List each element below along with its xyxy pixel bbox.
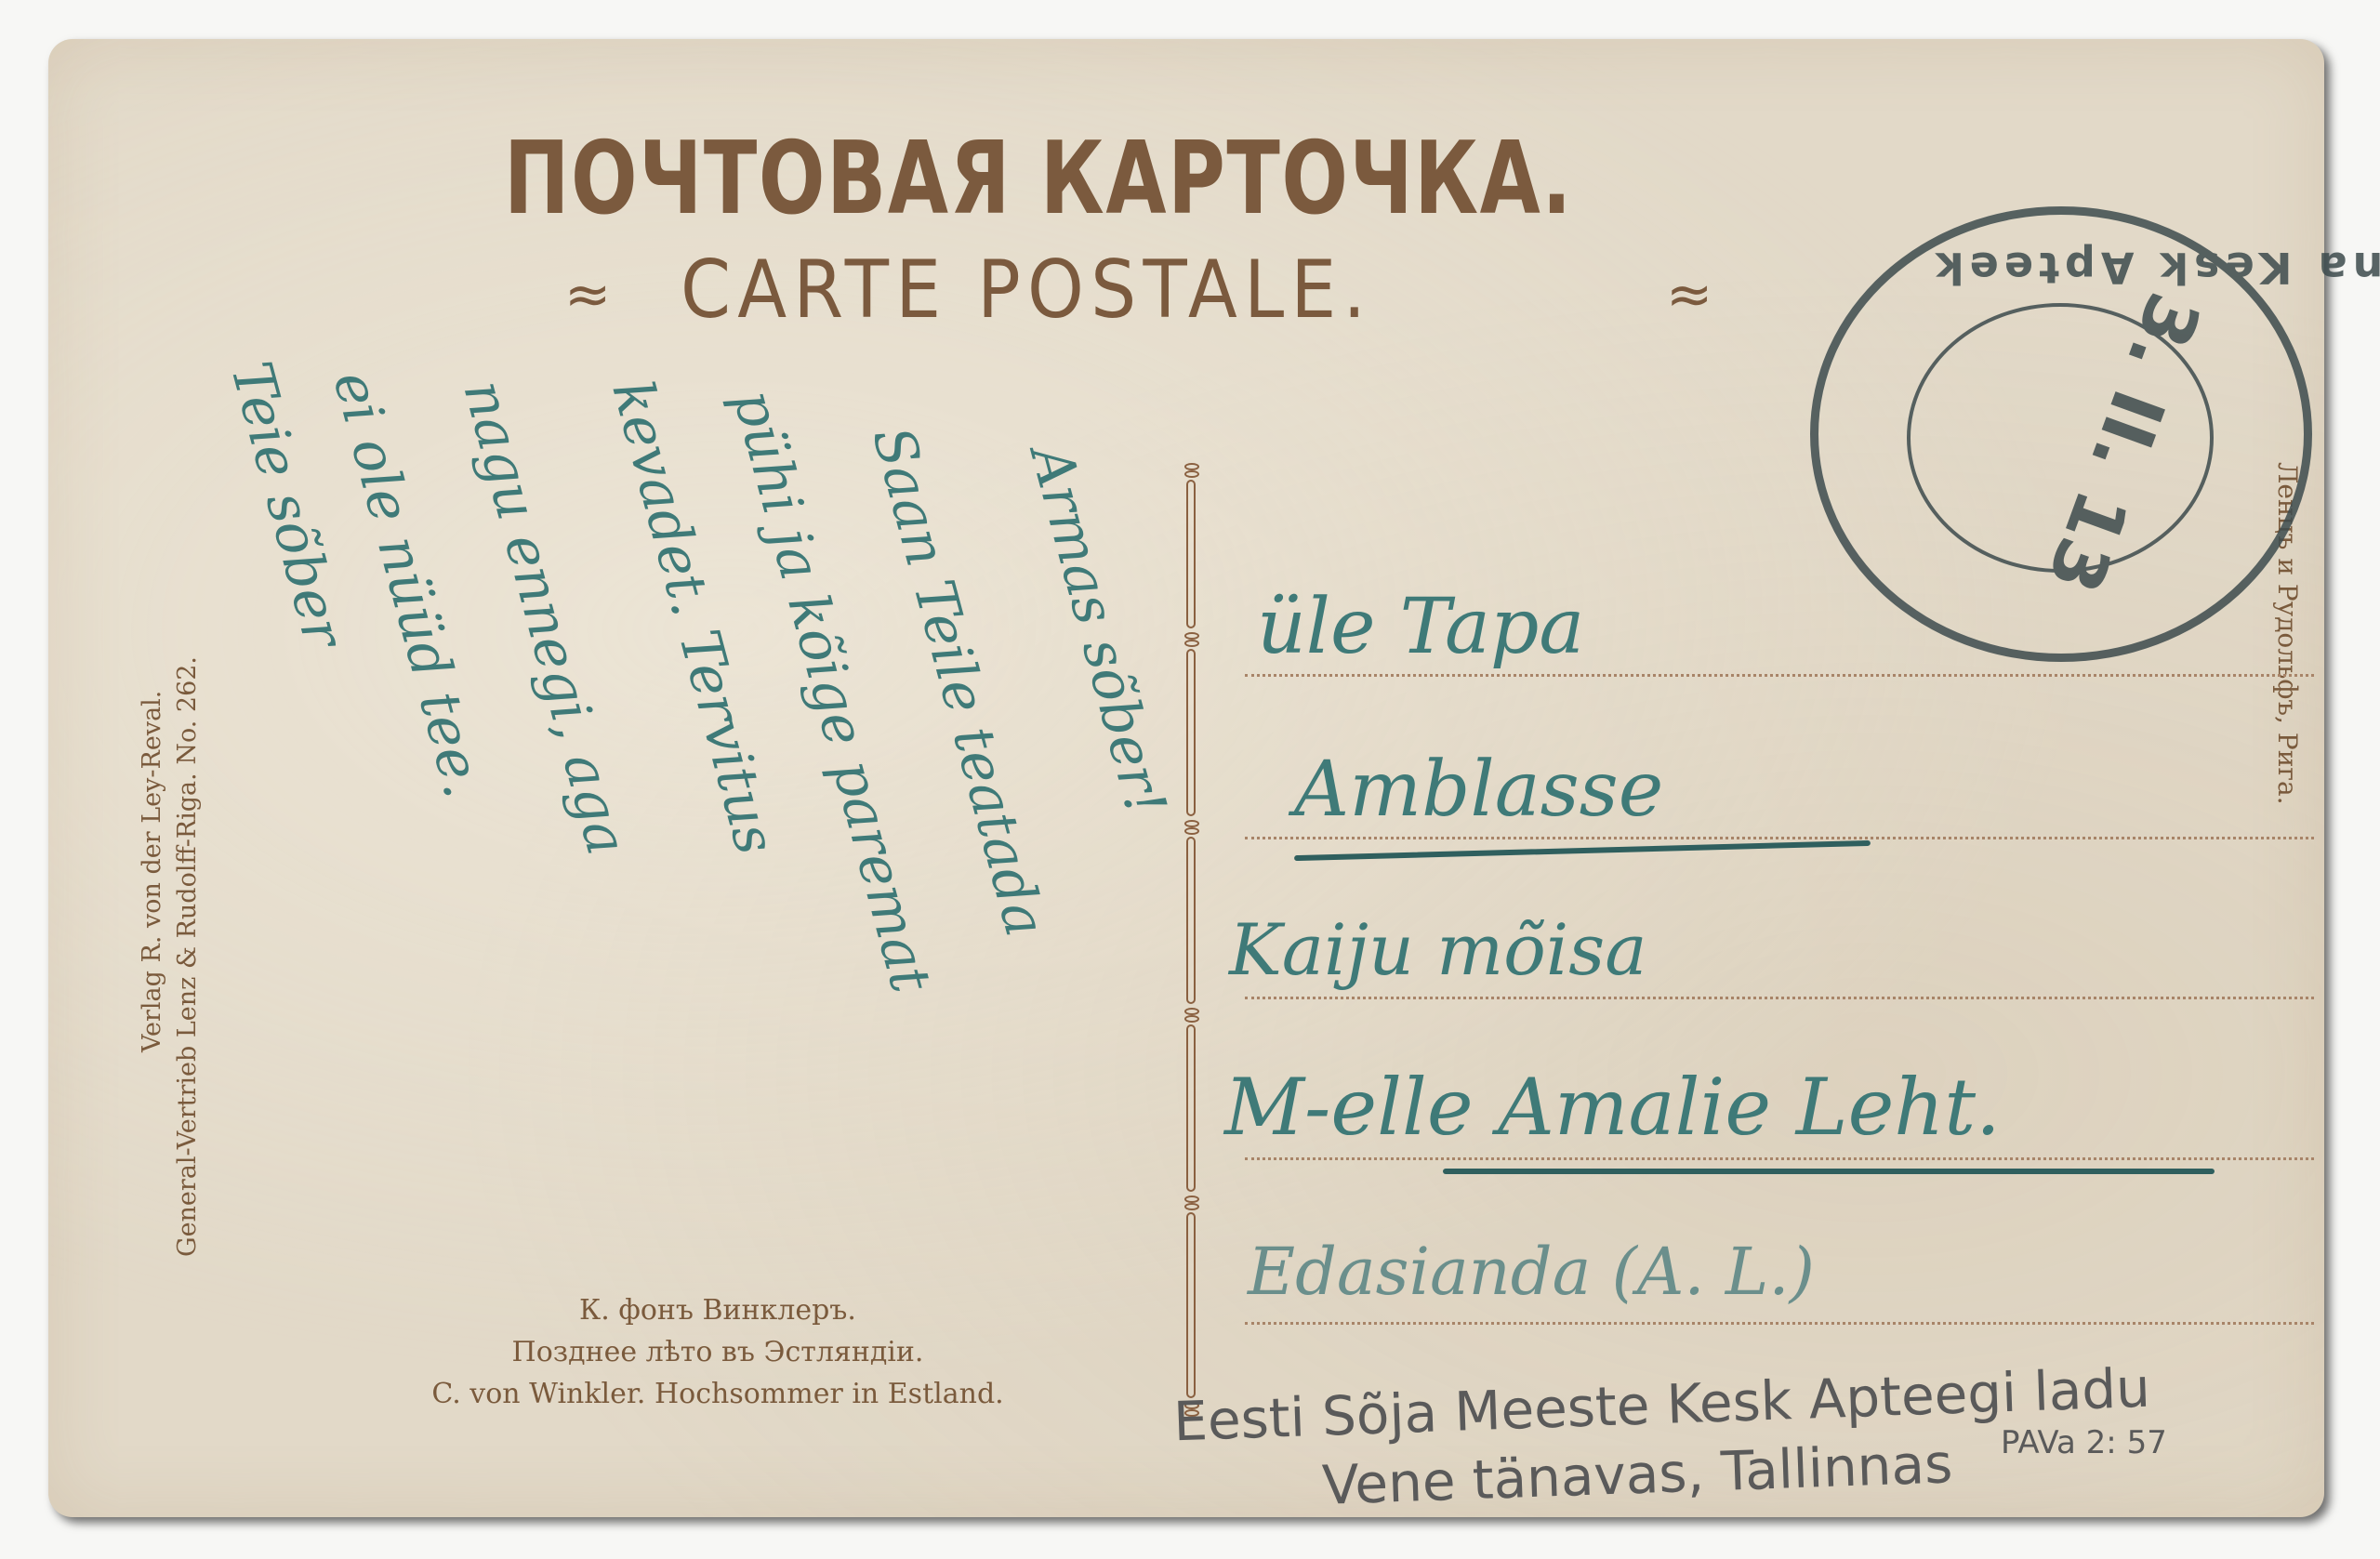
caption-english: C. von Winkler. Hochsommer in Estland. <box>299 1378 1136 1410</box>
caption-title-russian: Позднее лѣто въ Эстляндiи. <box>299 1336 1136 1368</box>
postcard-title-russian: ПОЧТОВАЯ КАРТОЧКА. <box>504 121 1573 237</box>
catalog-number: PAVa 2: 57 <box>2001 1424 2167 1461</box>
caption-artist: К. фонъ Винклеръ. <box>299 1294 1136 1327</box>
ornament-right-icon: ≈ <box>1666 262 1712 327</box>
publisher-line-1: Verlag R. von der Ley-Reval. <box>138 691 166 1052</box>
address-text-5: Edasianda (A. L.) <box>1248 1234 1815 1310</box>
address-line-3 <box>1245 997 2314 999</box>
address-underline <box>1294 840 1871 861</box>
postmark-outer-text: Tallinna Kesk Apteek <box>1930 243 2380 293</box>
postcard-title-french: CARTE POSTALE. <box>681 244 1372 337</box>
address-line-2 <box>1245 837 2314 839</box>
address-line-5 <box>1245 1322 2314 1325</box>
postcard: ПОЧТОВАЯ КАРТОЧКА. ≈ CARTE POSTALE. ≈ Ve… <box>48 39 2324 1517</box>
ornament-left-icon: ≈ <box>564 262 611 327</box>
postmark-stamp: Tallinna Kesk Apteek 3. II. 13 <box>1810 206 2312 662</box>
publisher-line-2: General-Vertrieb Lenz & Rudolff-Riga. No… <box>173 656 202 1257</box>
address-text-2: Amblasse <box>1294 746 1663 834</box>
address-line-1 <box>1245 674 2314 677</box>
message-line-1: Armas sõber! <box>1017 439 1178 822</box>
center-divider <box>1184 463 1199 1448</box>
address-text-1: üle Tapa <box>1257 583 1584 671</box>
address-text-4: M-elle Amalie Leht. <box>1224 1062 2001 1153</box>
address-text-3: Kaiju mõisa <box>1229 908 1647 991</box>
address-line-4 <box>1245 1157 2314 1160</box>
name-underline <box>1443 1169 2215 1174</box>
